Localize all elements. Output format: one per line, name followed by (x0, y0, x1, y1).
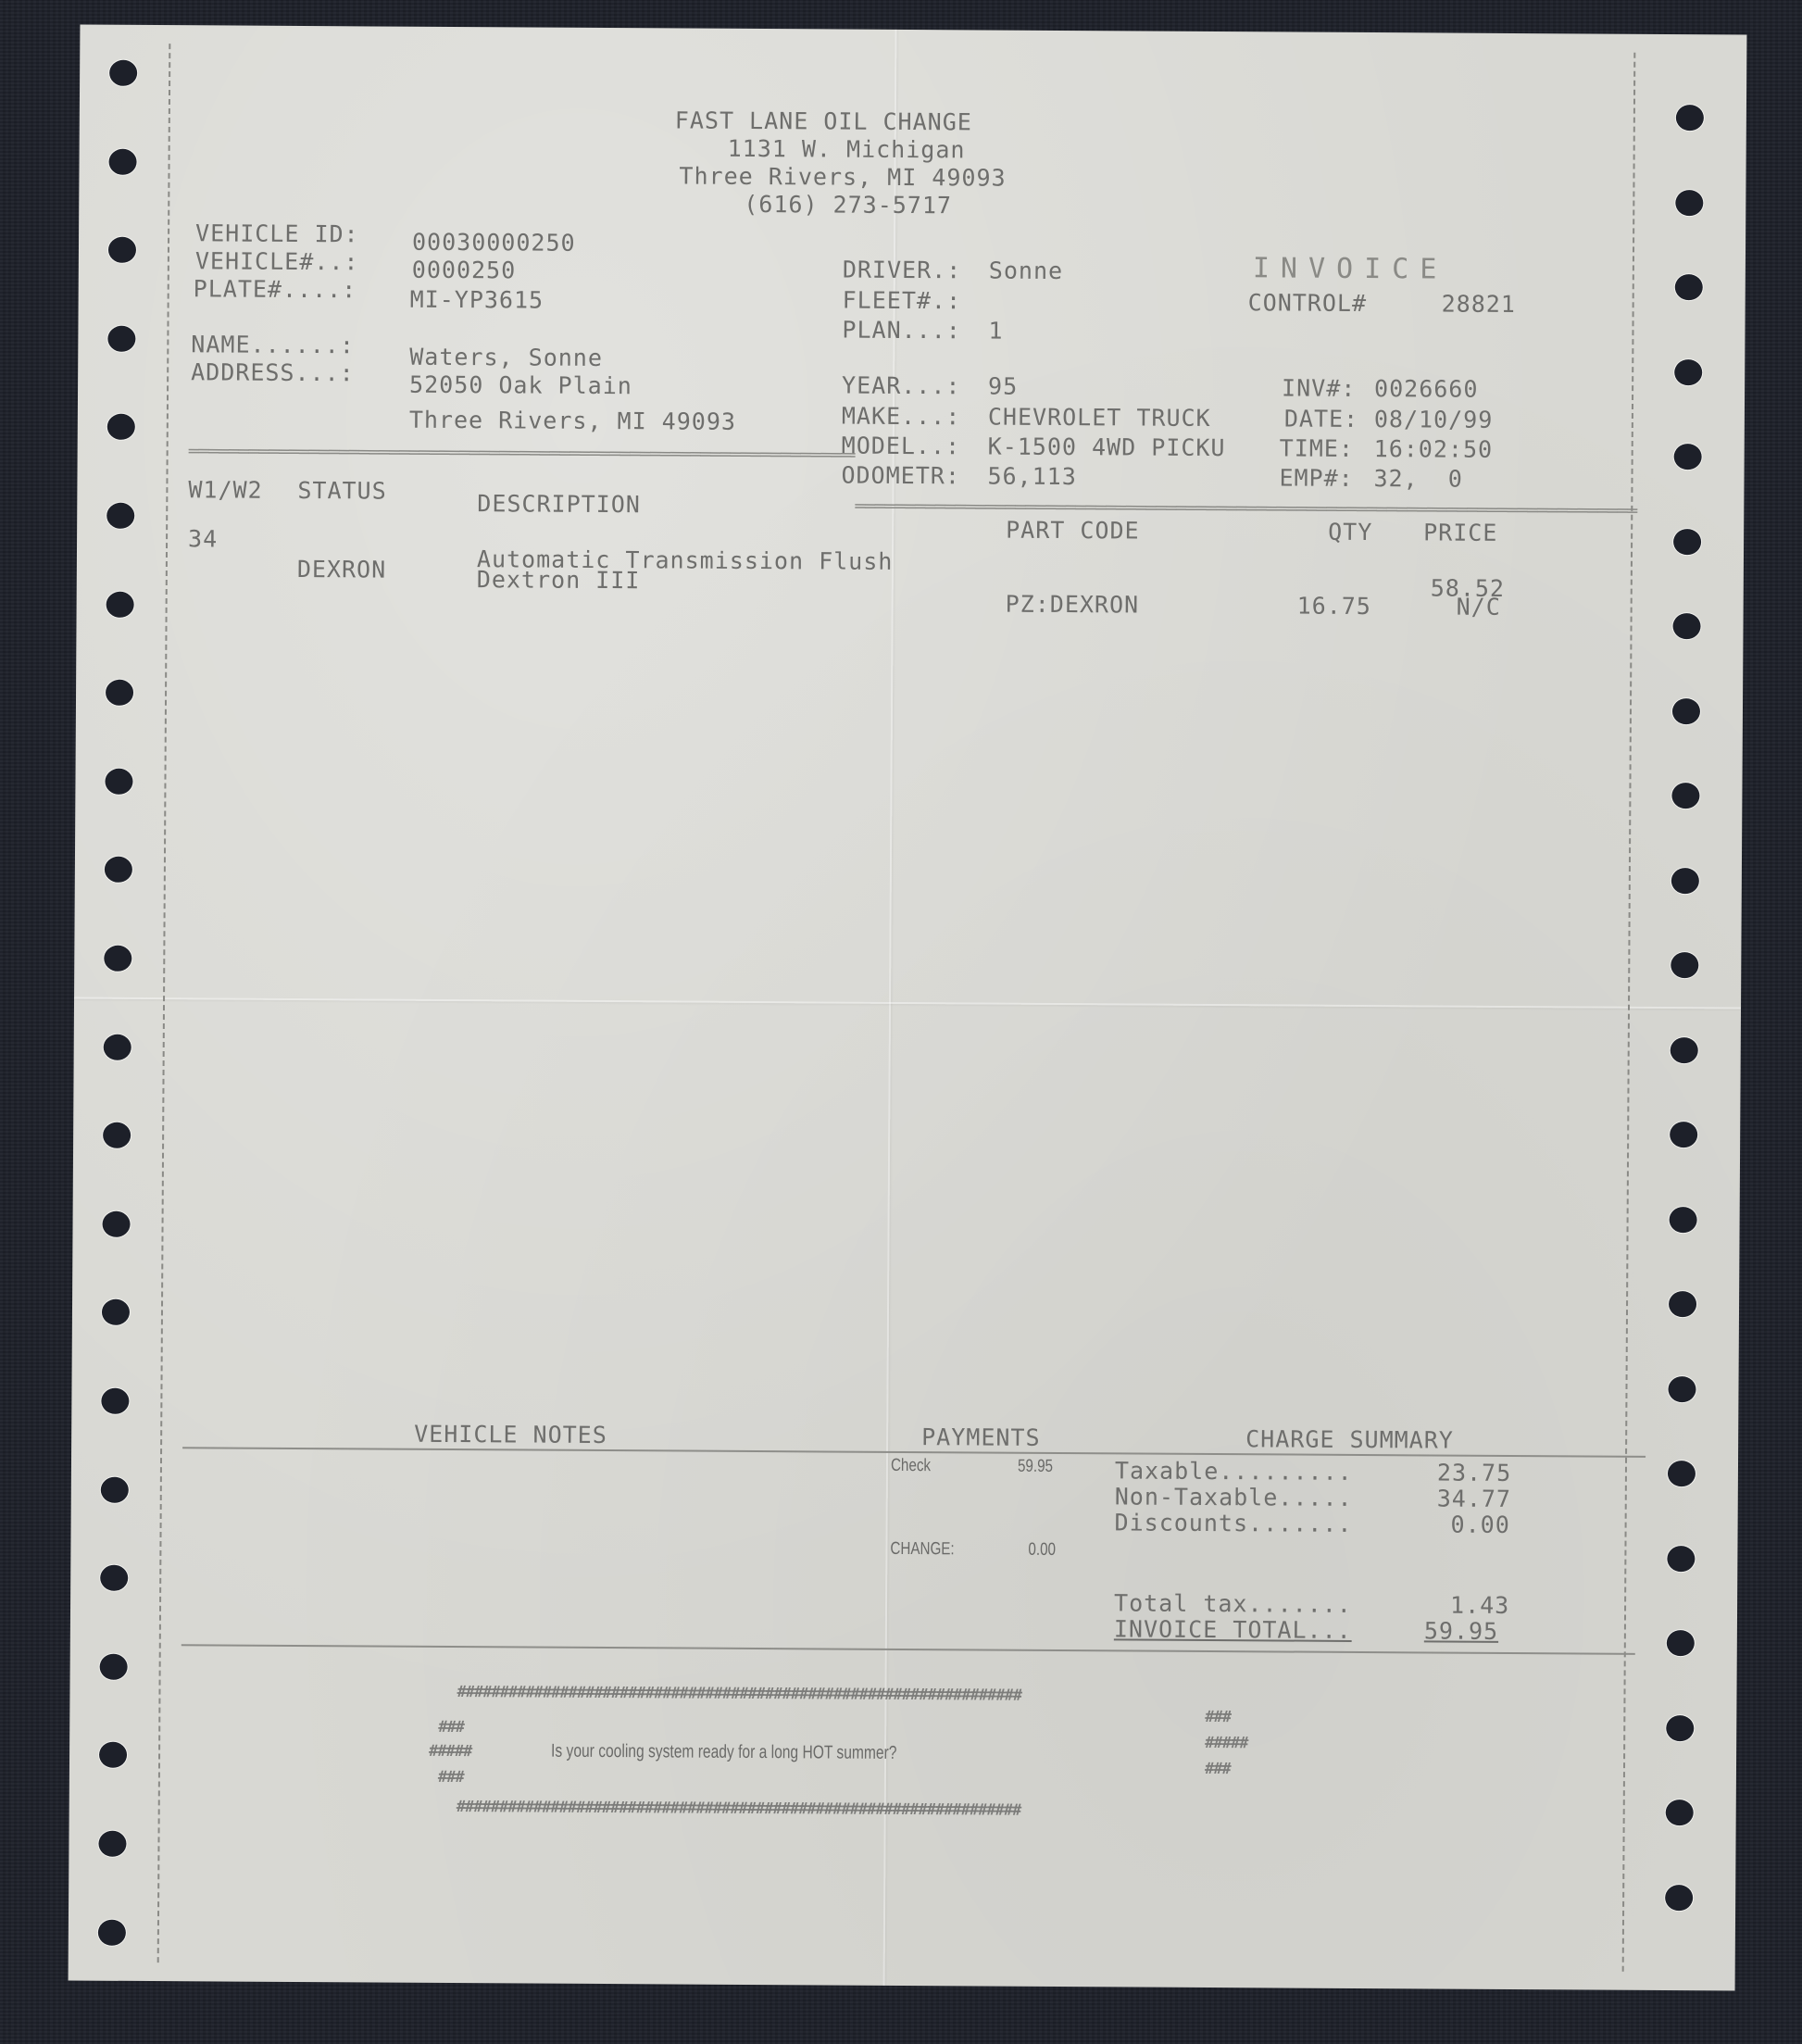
tractor-hole (107, 326, 135, 352)
header-qty: QTY (1328, 519, 1372, 545)
tractor-hole (103, 1122, 131, 1148)
header-status: STATUS (297, 477, 386, 505)
shop-phone: (616) 273-5717 (744, 191, 952, 219)
tractor-hole (101, 1388, 129, 1414)
summary-discounts-value: 0.00 (1451, 1511, 1510, 1538)
tractor-hole (107, 414, 135, 440)
shop-city: Three Rivers, MI 49093 (679, 162, 1006, 191)
right-perforation (1622, 53, 1636, 1972)
row-sub-price: N/C (1457, 594, 1501, 621)
vehicle-num-value: 0000250 (412, 257, 517, 284)
vehicle-id-value: 00030000250 (412, 229, 576, 257)
row-qty: 16.75 (1297, 593, 1371, 620)
payment-method: Check (891, 1456, 931, 1476)
header-price: PRICE (1423, 519, 1497, 545)
tractor-hole (1666, 1799, 1694, 1825)
promo-border-decor: ### (438, 1718, 464, 1737)
tractor-hole (1672, 698, 1700, 724)
odometer-value: 56,113 (987, 463, 1076, 491)
emp-label: EMP#: (1279, 464, 1353, 491)
header-part-code: PART CODE (1006, 517, 1140, 545)
tractor-hole (108, 237, 136, 263)
tractor-hole (1671, 952, 1698, 978)
tractor-hole (1674, 444, 1702, 470)
time-value: 16:02:50 (1374, 435, 1494, 463)
summary-taxable-label: Taxable......... (1115, 1457, 1353, 1486)
tractor-hole (98, 1919, 126, 1945)
tractor-hole (1675, 190, 1703, 216)
payments-label: PAYMENTS (921, 1423, 1041, 1451)
invoice-paper: FAST LANE OIL CHANGE 1131 W. Michigan Th… (69, 25, 1747, 1991)
vehicle-num-label: VEHICLE#..: (195, 247, 359, 275)
tractor-hole (100, 1565, 128, 1591)
tractor-hole (106, 503, 134, 529)
tractor-hole (99, 1742, 127, 1768)
address-line1: 52050 Oak Plain (409, 371, 632, 399)
separator-line: ════════════════════════════════════════… (855, 497, 1637, 521)
year-value: 95 (988, 373, 1018, 400)
invoice-total-label: INVOICE TOTAL... (1114, 1615, 1352, 1644)
tractor-hole (1666, 1715, 1694, 1741)
address-line2: Three Rivers, MI 49093 (409, 407, 736, 435)
tractor-hole (102, 1210, 130, 1236)
tractor-hole (104, 1034, 131, 1060)
tractor-hole (1665, 1885, 1693, 1911)
separator-line: ════════════════════════════════════════… (189, 442, 856, 465)
promo-border-decor: ### (1205, 1760, 1231, 1778)
model-value: K-1500 4WD PICKU (988, 433, 1226, 462)
tractor-hole (1667, 1630, 1695, 1656)
address-label: ADDRESS...: (191, 358, 355, 386)
plate-value: MI-YP3615 (410, 286, 544, 314)
vehicle-id-label: VEHICLE ID: (195, 219, 359, 247)
summary-nontaxable-label: Non-Taxable..... (1115, 1483, 1353, 1511)
shop-street: 1131 W. Michigan (728, 135, 966, 164)
tractor-hole (98, 1831, 126, 1857)
header-description: DESCRIPTION (477, 490, 641, 518)
right-tractor-holes (1665, 34, 1710, 1990)
odometer-label: ODOMETR: (841, 462, 960, 490)
tractor-hole (1669, 1291, 1696, 1317)
inv-label: INV#: (1282, 374, 1356, 401)
tractor-hole (102, 1299, 130, 1325)
tractor-hole (109, 60, 137, 86)
tractor-hole (108, 148, 136, 174)
tractor-hole (106, 680, 133, 706)
plate-label: PLATE#....: (194, 275, 357, 303)
footer-bottom-rule (181, 1644, 1635, 1655)
customer-name: Waters, Sonne (409, 344, 603, 371)
tractor-hole (1673, 529, 1701, 555)
tractor-hole (101, 1476, 129, 1502)
row-sub-description: Dextron III (477, 566, 641, 594)
total-tax-label: Total tax....... (1114, 1589, 1352, 1618)
tractor-hole (1672, 613, 1700, 639)
tractor-hole (1667, 1546, 1695, 1572)
total-tax-value: 1.43 (1450, 1592, 1509, 1619)
promo-border-decor: ##### (429, 1742, 471, 1761)
time-label: TIME: (1280, 434, 1354, 461)
tractor-hole (1670, 1122, 1697, 1147)
charge-summary-label: CHARGE SUMMARY (1245, 1425, 1454, 1453)
table-row: 34 DEXRON Automatic Transmission Flush D… (80, 25, 1746, 35)
driver-label: DRIVER.: (843, 257, 962, 284)
name-label: NAME......: (191, 331, 355, 358)
control-label: CONTROL# (1248, 289, 1368, 317)
tractor-hole (104, 946, 131, 972)
date-label: DATE: (1284, 405, 1358, 432)
make-label: MAKE...: (842, 403, 961, 431)
invoice-title: INVOICE (1253, 252, 1448, 285)
promo-border-decor: ### (1205, 1708, 1231, 1726)
promo-border-decor: ### (438, 1768, 464, 1787)
left-perforation (157, 44, 171, 1962)
summary-discounts-label: Discounts....... (1115, 1509, 1353, 1537)
tractor-hole (1668, 1376, 1696, 1402)
row-part-code: PZ:DEXRON (1006, 591, 1140, 619)
tractor-hole (1668, 1461, 1696, 1486)
shop-name: FAST LANE OIL CHANGE (675, 107, 972, 135)
tractor-hole (1675, 274, 1703, 300)
tractor-hole (1676, 105, 1704, 131)
payment-amount: 59.95 (1018, 1457, 1053, 1477)
date-value: 08/10/99 (1374, 406, 1494, 433)
vehicle-notes-label: VEHICLE NOTES (414, 1421, 607, 1448)
invoice-total-value: 59.95 (1424, 1617, 1498, 1644)
driver-value: Sonne (989, 257, 1063, 284)
tractor-hole (100, 1653, 128, 1679)
row-status: DEXRON (297, 556, 386, 583)
tractor-hole (106, 591, 134, 617)
inv-value: 0026660 (1374, 375, 1479, 403)
plan-label: PLAN...: (842, 317, 961, 345)
promo-message: Is your cooling system ready for a long … (551, 1741, 897, 1764)
tractor-hole (1671, 783, 1699, 809)
left-tractor-holes (98, 25, 144, 1981)
emp-value: 32, 0 (1373, 465, 1462, 493)
control-value: 28821 (1442, 291, 1516, 318)
make-value: CHEVROLET TRUCK (988, 404, 1211, 432)
promo-border-bottom: ########################################… (457, 1798, 1021, 1820)
change-value: 0.00 (1028, 1540, 1056, 1561)
tractor-hole (1671, 1037, 1698, 1063)
model-label: MODEL..: (842, 433, 961, 460)
summary-taxable-value: 23.75 (1437, 1460, 1511, 1486)
fleet-label: FLEET#.: (843, 287, 962, 315)
summary-nontaxable-value: 34.77 (1437, 1486, 1511, 1512)
tractor-hole (1670, 1207, 1697, 1233)
row-w1w2: 34 (188, 525, 218, 552)
tractor-hole (1674, 359, 1702, 385)
promo-border-decor: ##### (1205, 1734, 1247, 1752)
year-label: YEAR...: (842, 372, 961, 400)
promo-border-top: ########################################… (457, 1683, 1021, 1705)
tractor-hole (1671, 868, 1699, 894)
plan-value: 1 (988, 318, 1003, 345)
change-label: CHANGE: (890, 1539, 954, 1560)
tractor-hole (105, 768, 132, 794)
horizontal-fold (74, 997, 1741, 1009)
tractor-hole (105, 857, 132, 883)
header-w1w2: W1/W2 (188, 476, 262, 503)
